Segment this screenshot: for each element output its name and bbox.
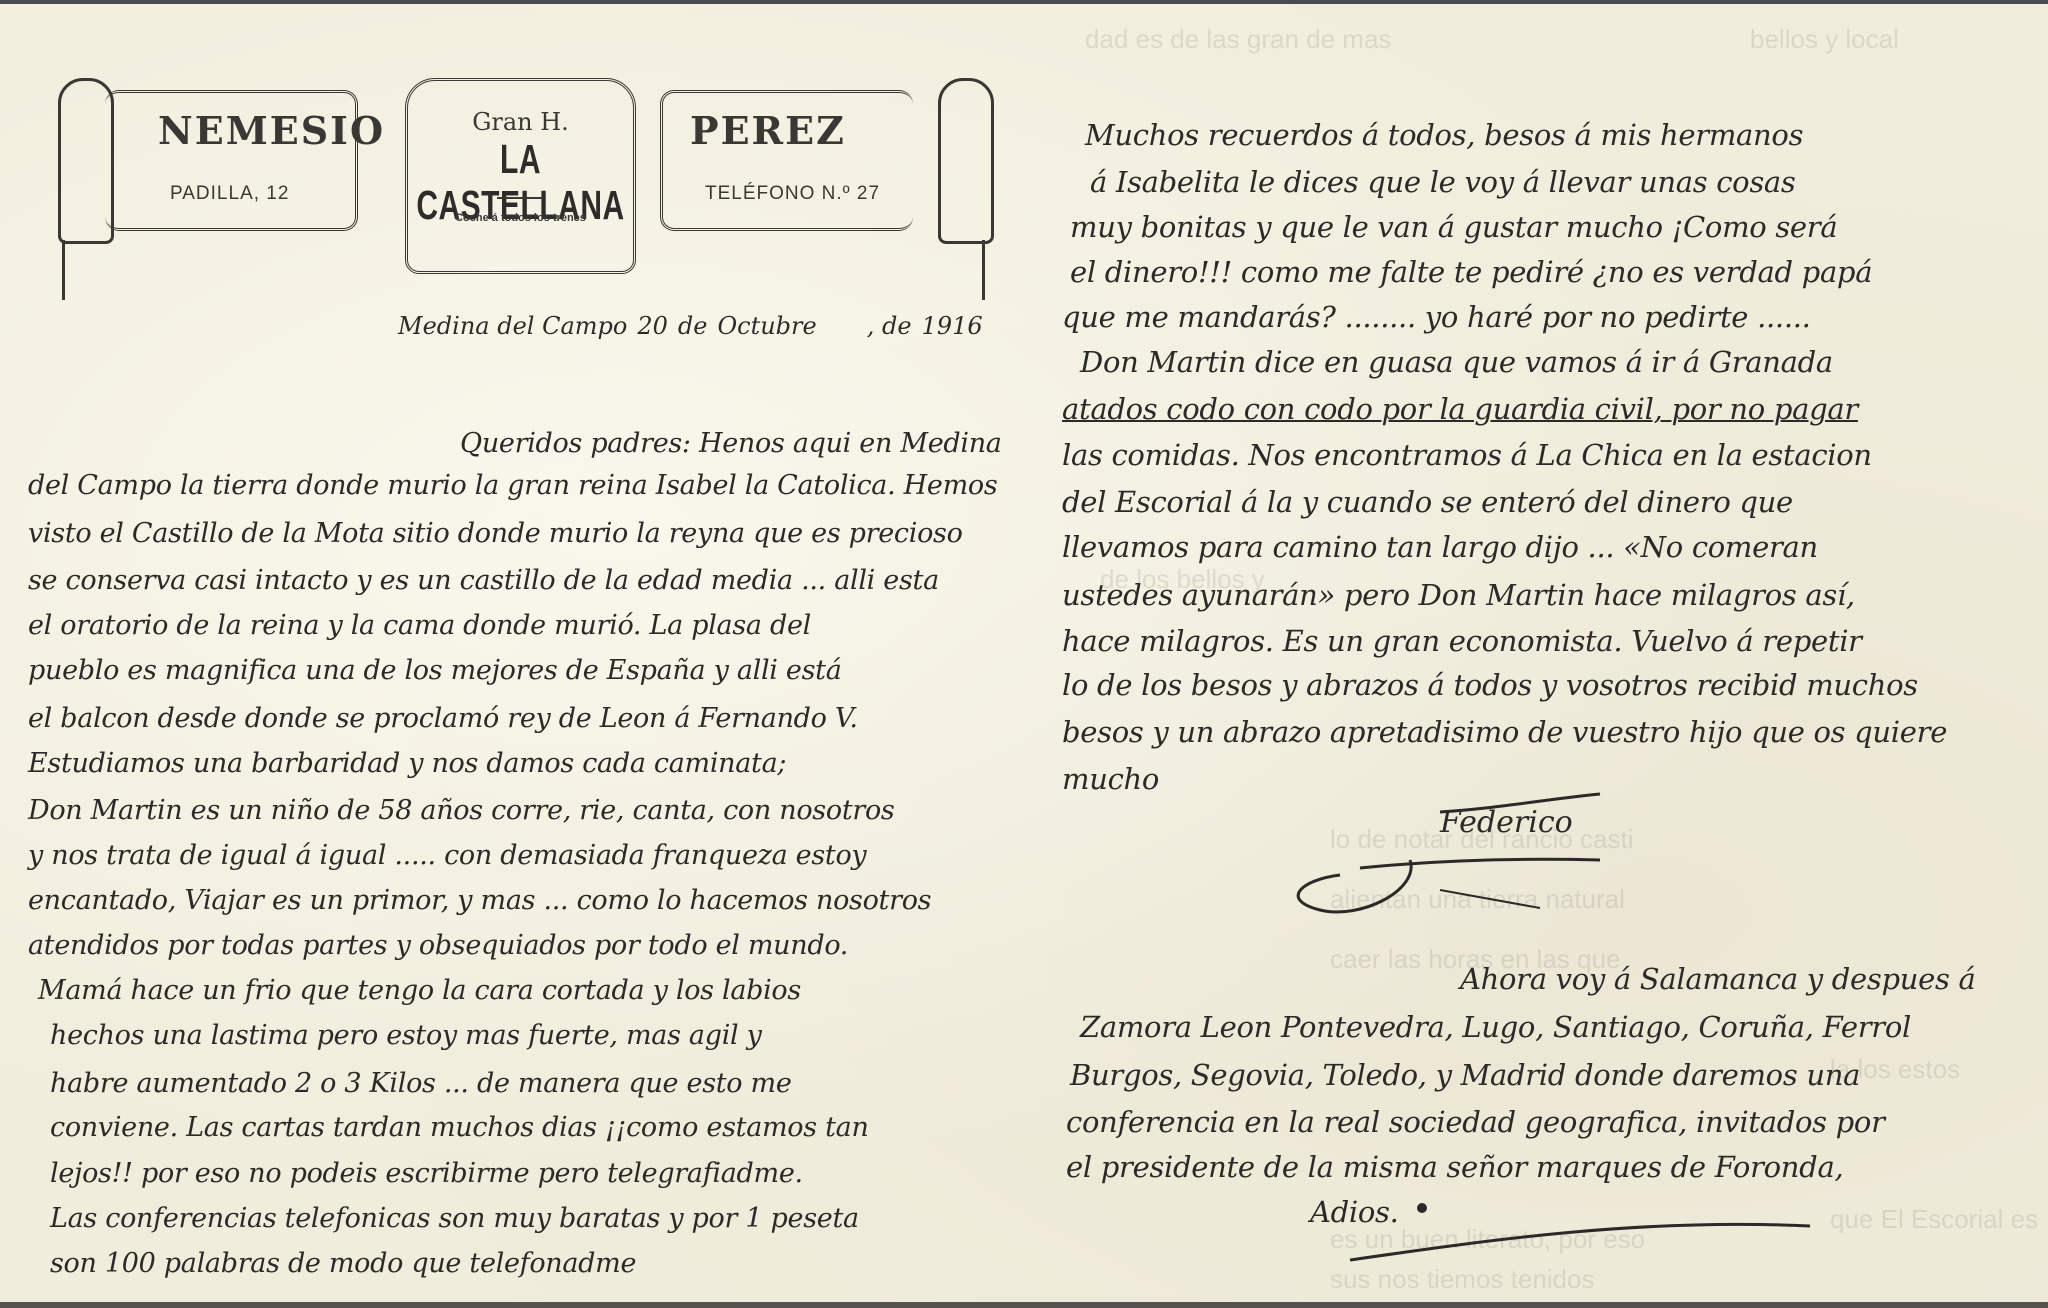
postscript-line: el presidente de la misma señor marques … [1066, 1150, 1843, 1184]
proprietor-last-name: PEREZ [690, 108, 846, 153]
letter-line: y nos trata de igual á igual ..... con d… [28, 840, 866, 871]
letter-line: conviene. Las cartas tardan muchos dias … [50, 1112, 869, 1143]
letter-page: dad es de las gran de mas bellos y local… [0, 0, 2048, 1308]
letter-line: Don Martin es un niño de 58 años corre, … [28, 795, 895, 826]
letter-line: atados codo con codo por la guardia civi… [1062, 392, 1858, 426]
ornament-cord-right [982, 240, 985, 300]
dateline: Medina del Campo20deOctubre, de1916 [398, 312, 993, 340]
letter-line: á Isabelita le dices que le voy á llevar… [1090, 165, 1795, 199]
ornament-cord-left [62, 240, 65, 300]
letter-line: muy bonitas y que le van á gustar mucho … [1070, 210, 1837, 244]
letter-line: besos y un abrazo apretadisimo de vuestr… [1062, 715, 1947, 749]
letter-line: el balcon desde donde se proclamó rey de… [28, 703, 858, 734]
letter-line: Don Martin dice en guasa que vamos á ir … [1080, 345, 1833, 379]
hotel-divider [497, 197, 543, 199]
letter-line: el oratorio de la reina y la cama donde … [28, 610, 811, 641]
letter-line: llevamos para camino tan largo dijo ... … [1062, 530, 1818, 564]
bottom-scan-border [0, 1302, 2048, 1308]
letter-line: Muchos recuerdos á todos, besos á mis he… [1085, 118, 1803, 152]
postscript-line: Zamora Leon Pontevedra, Lugo, Santiago, … [1080, 1010, 1911, 1044]
letter-line: hechos una lastima pero estoy mas fuerte… [50, 1020, 762, 1051]
postscript-line: Ahora voy á Salamanca y despues á [1460, 962, 1975, 996]
letter-line: pueblo es magnifica una de los mejores d… [28, 655, 842, 686]
letter-line: encantado, Viajar es un primor, y mas ..… [28, 885, 931, 916]
letter-line: el dinero!!! como me falte te pediré ¿no… [1070, 255, 1872, 289]
letter-line: que me mandarás? ........ yo haré por no… [1062, 300, 1811, 334]
bleed-through-text: dad es de las gran de mas [1085, 20, 1391, 58]
signature-flourish [1240, 780, 1660, 920]
top-scan-border [0, 0, 2048, 4]
date-year: 1916 [922, 312, 983, 340]
letter-line: son 100 palabras de modo que telefonadme [50, 1248, 636, 1279]
letter-line: del Campo la tierra donde murio la gran … [28, 470, 997, 501]
bleed-through-text: bellos y local [1750, 20, 1899, 58]
letter-line: las comidas. Nos encontramos á La Chica … [1062, 438, 1872, 472]
letter-line: atendidos por todas partes y obsequiados… [28, 930, 848, 961]
letter-line: hace milagros. Es un gran economista. Vu… [1062, 624, 1862, 658]
date-de: de [678, 312, 708, 340]
letter-line: habre aumentado 2 o 3 Kilos ... de maner… [50, 1068, 792, 1099]
bleed-through-text: que El Escorial es [1830, 1200, 2038, 1238]
letter-line: Queridos padres: Henos aqui en Medina [460, 428, 1002, 459]
letter-line: ustedes ayunarán» pero Don Martin hace m… [1062, 578, 1855, 612]
art-nouveau-ornament-right [938, 78, 994, 244]
date-day: 20 [637, 312, 668, 340]
hotel-tagline: Coche á todos los trenes [405, 212, 636, 224]
closing-flourish [1340, 1190, 1820, 1270]
letter-line: visto el Castillo de la Mota sitio donde… [28, 518, 963, 549]
letter-line: Estudiamos una barbaridad y nos damos ca… [28, 748, 786, 779]
proprietor-first-name: NEMESIO [158, 108, 385, 153]
date-place: Medina del Campo [398, 312, 627, 340]
phone-number: TELÉFONO N.º 27 [705, 183, 880, 205]
letter-line: Las conferencias telefonicas son muy bar… [50, 1203, 859, 1234]
postscript-line: conferencia en la real sociedad geografi… [1066, 1105, 1885, 1139]
letter-line: se conserva casi intacto y es un castill… [28, 565, 939, 596]
date-de-2: , de [867, 312, 912, 340]
letter-line: lejos!! por eso no podeis escribirme per… [50, 1158, 803, 1189]
hotel-prefix: Gran H. [405, 108, 636, 136]
letter-line: del Escorial á la y cuando se enteró del… [1062, 485, 1793, 519]
postscript-line: Burgos, Segovia, Toledo, y Madrid donde … [1070, 1058, 1860, 1092]
letter-line: Mamá hace un frio que tengo la cara cort… [38, 975, 801, 1006]
letter-line: mucho [1062, 762, 1159, 796]
date-month: Octubre [717, 312, 816, 340]
letter-line: lo de los besos y abrazos á todos y voso… [1062, 668, 1918, 702]
address: PADILLA, 12 [170, 183, 289, 205]
